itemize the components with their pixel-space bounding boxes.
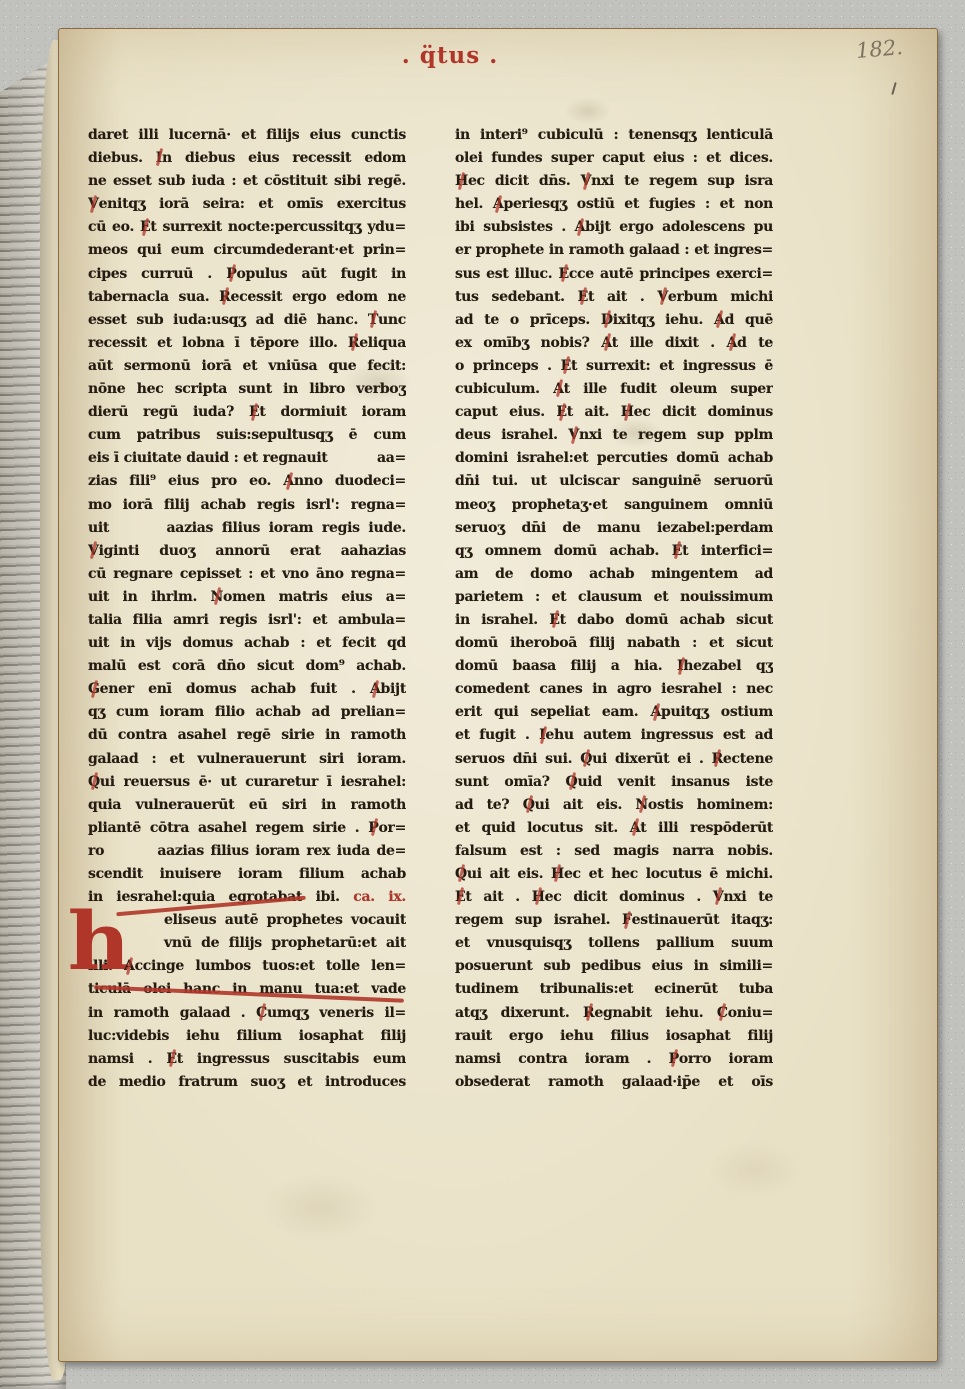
illuminated-initial: h (72, 900, 182, 995)
rubricated-capital: V (657, 286, 668, 309)
rubricated-capital: G (88, 678, 100, 701)
text-line: ad te o prīceps. Dixitqʒ iehu. Ad quē (455, 309, 773, 332)
rubricated-capital: A (124, 955, 135, 978)
text-line: malū est corā dn̄o sicut dom⁹ achab. (88, 655, 406, 678)
text-line: galaad : et vulnerauerunt siri ioram. (88, 748, 406, 771)
text-line: ne esset sub iuda : et cōstituit sibi re… (88, 170, 406, 193)
text-line: comedent canes in agro iesrahel : nec (455, 678, 773, 701)
rubricated-capital: E (166, 1048, 176, 1071)
rubricated-capital: V (88, 540, 99, 563)
text-line: eis ī ciuitate dauid : et regnauit aa= (88, 447, 406, 470)
text-line: domū baasa filij a hia. Ihezabel qʒ (455, 655, 773, 678)
text-line: namsi contra ioram . Porro ioram (455, 1048, 773, 1071)
rubricated-capital: Q (88, 771, 100, 794)
rubricated-capital: T (368, 309, 378, 332)
text-line: uit in vijs domus achab : et fecit qd (88, 632, 406, 655)
rubricated-capital: A (553, 378, 564, 401)
rubricated-capital: A (575, 216, 586, 239)
text-line: dū contra asahel regē sirie in ramoth (88, 724, 406, 747)
text-line: er prophete in ramoth galaad : et ingres… (455, 239, 773, 262)
rubricated-capital: E (578, 286, 588, 309)
text-line: atqʒ dixerunt. Regnabit iehu. Coniu= (455, 1002, 773, 1025)
text-line: de medio fratrum suoʒ et introduces (88, 1071, 406, 1094)
text-line: posuerunt sub pedibus eius in simili= (455, 955, 773, 978)
text-line: meos qui eum circumdederant·et prin= (88, 239, 406, 262)
rubricated-capital: H (551, 863, 564, 886)
text-line: tus sedebant. Et ait . Verbum michi (455, 286, 773, 309)
text-line: rauit ergo iehu filius iosaphat filij (455, 1025, 773, 1048)
text-line: dn̄i tui. ut ulciscar sanguinē seruorū (455, 470, 773, 493)
rubricated-capital: A (283, 470, 294, 493)
rubricated-capital: D (601, 309, 613, 332)
rubricated-capital: E (672, 540, 682, 563)
text-line: ex omībʒ nobis? At ille dixit . Ad te (455, 332, 773, 355)
text-line: ibi subsistes . Abijt ergo adolescens pu (455, 216, 773, 239)
text-line: recessit et lobna ī tēpore illo. Reliqua (88, 332, 406, 355)
text-line: cubiculum. At ille fudit oleum super (455, 378, 773, 401)
rubricated-capital: F (622, 909, 632, 932)
text-line: quia vulnerauerūt eū siri in ramoth (88, 794, 406, 817)
text-line: seruos dn̄i sui. Qui dixerūt ei . Recten… (455, 748, 773, 771)
text-line: deus israhel. Vnxi te regem sup pplm (455, 424, 773, 447)
text-line: Hec dicit dn̄s. Vnxi te regem sup isra (455, 170, 773, 193)
rubricated-capital: P (226, 263, 236, 286)
text-line: am de domo achab mingentem ad (455, 563, 773, 586)
chapter-rubric: ca. ix. (353, 889, 406, 905)
text-line: uit in ihrlm. Nomen matris eius a= (88, 586, 406, 609)
text-line: Qui reuersus ē· ut curaretur ī iesrahel: (88, 771, 406, 794)
text-line: ro aazias filius ioram rex iuda de= (88, 840, 406, 863)
text-line: in ramoth galaad . Cumqʒ veneris il= (88, 1002, 406, 1025)
text-line: hel. Aperiesqʒ ostiū et fugies : et non (455, 193, 773, 216)
text-line: cū regnare cepisset : et vno āno regna= (88, 563, 406, 586)
text-line: daret illi lucernā· et filijs eius cunct… (88, 124, 406, 147)
text-line: qʒ omnem domū achab. Et interfici= (455, 540, 773, 563)
rubricated-capital: P (368, 817, 378, 840)
text-line: scendit inuisere ioram filium achab (88, 863, 406, 886)
rubricated-capital: R (348, 332, 359, 355)
rubricated-capital: E (556, 401, 566, 424)
rubricated-capital: I (156, 147, 162, 170)
text-line: zias fili⁹ eius pro eo. Anno duodeci= (88, 470, 406, 493)
text-line: tudinem tribunalis:et ecinerūt tuba (455, 978, 773, 1001)
rubricated-capital: E (561, 355, 571, 378)
text-line: in israhel. Et dabo domū achab sicut (455, 609, 773, 632)
rubricated-capital: A (714, 309, 725, 332)
text-line: uit aazias filius ioram regis iude. (88, 517, 406, 540)
text-line: cum patribus suis:sepultusqʒ ē cum (88, 424, 406, 447)
rubricated-capital: E (558, 263, 568, 286)
text-line: esset sub iuda:usqʒ ad diē hanc. Tunc (88, 309, 406, 332)
rubricated-capital: Q (455, 863, 467, 886)
rubricated-capital: V (568, 424, 579, 447)
text-line: cū eo. Et surrexit nocte:percussitqʒ ydu… (88, 216, 406, 239)
rubricated-capital: H (532, 886, 545, 909)
rubricated-capital: E (140, 216, 150, 239)
text-line: falsum est : sed magis narra nobis. (455, 840, 773, 863)
running-title: . q̈tus . (350, 42, 550, 69)
text-line: et fugit . Iehu autem ingressus est ad (455, 724, 773, 747)
rubricated-capital: A (493, 193, 504, 216)
rubricated-capital: Q (566, 771, 578, 794)
text-column-right: in interi⁹ cubiculū : tenensqʒ lenticulā… (455, 124, 773, 1094)
text-line: qʒ cum ioram filio achab ad prelian= (88, 701, 406, 724)
rubricated-capital: Q (523, 794, 535, 817)
rubricated-capital: A (601, 332, 612, 355)
text-line: domini israhel:et percuties domū achab (455, 447, 773, 470)
text-line: luc:videbis iehu filium iosaphat filij (88, 1025, 406, 1048)
rubricated-capital: A (650, 701, 661, 724)
text-line: in interi⁹ cubiculū : tenensqʒ lenticulā (455, 124, 773, 147)
rubricated-capital: R (712, 748, 723, 771)
text-line: parietem : et clausum et nouissimum (455, 586, 773, 609)
text-line: pliantē cōtra asahel regem sirie . Por= (88, 817, 406, 840)
rubricated-capital: P (669, 1048, 679, 1071)
rubricated-capital: V (581, 170, 592, 193)
rubricated-capital: A (630, 817, 641, 840)
rubricated-capital: I (539, 724, 545, 747)
rubricated-capital: N (635, 794, 648, 817)
text-line: et quid locutus sit. At illi respōderūt (455, 817, 773, 840)
text-line: caput eius. Et ait. Hec dicit dominus (455, 401, 773, 424)
rubricated-capital: H (621, 401, 634, 424)
rubricated-capital: V (713, 886, 724, 909)
text-line: sunt omīa? Quid venit insanus iste (455, 771, 773, 794)
text-line: seruoʒ dn̄i de manu iezabel:perdam (455, 517, 773, 540)
text-line: Venitqʒ iorā seira: et omīs exercitus (88, 193, 406, 216)
text-line: tabernacla sua. Recessit ergo edom ne (88, 286, 406, 309)
text-line: cipes curruū . Populus aūt fugit in (88, 263, 406, 286)
photo-background: . q̈tus . 182. h daret illi lucernā· et … (0, 0, 965, 1389)
text-column-left: h daret illi lucernā· et filijs eius cun… (88, 124, 406, 1094)
text-line: namsi . Et ingressus suscitabis eum (88, 1048, 406, 1071)
text-line: et vnusquisqʒ tollens pallium suum (455, 932, 773, 955)
rubricated-capital: R (219, 286, 230, 309)
text-line: domū iheroboā filij nabath : et sicut (455, 632, 773, 655)
text-line: meoʒ prophetaʒ·et sanguinem omniū (455, 494, 773, 517)
text-line: Viginti duoʒ annorū erat aahazias (88, 540, 406, 563)
rubricated-capital: V (88, 193, 99, 216)
text-line: o princeps . Et surrexit: et ingressus ē (455, 355, 773, 378)
text-line: talia filia amri regis isrl': et ambula= (88, 609, 406, 632)
text-line: Qui ait eis. Hec et hec locutus ē michi. (455, 863, 773, 886)
text-line: obsederat ramoth galaad·ip̄e et oīs (455, 1071, 773, 1094)
rubricated-capital: E (549, 609, 559, 632)
rubricated-capital: C (717, 1002, 728, 1025)
text-line: erit qui sepeliat eam. Apuitqʒ ostium (455, 701, 773, 724)
text-line: nōne hec scripta sunt in libro verboʒ (88, 378, 406, 401)
text-line: diebus. In diebus eius recessit edom (88, 147, 406, 170)
rubricated-capital: C (256, 1002, 267, 1025)
text-line: olei fundes super caput eius : et dices. (455, 147, 773, 170)
rubricated-capital: Q (580, 748, 592, 771)
rubricated-capital: H (455, 170, 468, 193)
text-line: sus est illuc. Ecce autē principes exerc… (455, 263, 773, 286)
text-line: mo iorā filij achab regis isrl': regna= (88, 494, 406, 517)
text-line: aūt sermonū iorā et vniūsa que fecit: (88, 355, 406, 378)
rubricated-capital: E (249, 401, 259, 424)
rubricated-capital: I (677, 655, 683, 678)
text-line: ad te? Qui ait eis. Nostis hominem: (455, 794, 773, 817)
rubricated-capital: E (455, 886, 465, 909)
text-line: regem sup israhel. Festinauerūt itaqʒ: (455, 909, 773, 932)
rubricated-capital: R (583, 1002, 594, 1025)
text-line: Et ait . Hec dicit dominus . Vnxi te (455, 886, 773, 909)
text-line: dierū regū iuda? Et dormiuit ioram (88, 401, 406, 424)
text-line: Gener enī domus achab fuit . Abijt (88, 678, 406, 701)
rubricated-capital: N (211, 586, 224, 609)
rubricated-capital: A (727, 332, 738, 355)
rubricated-capital: A (370, 678, 381, 701)
